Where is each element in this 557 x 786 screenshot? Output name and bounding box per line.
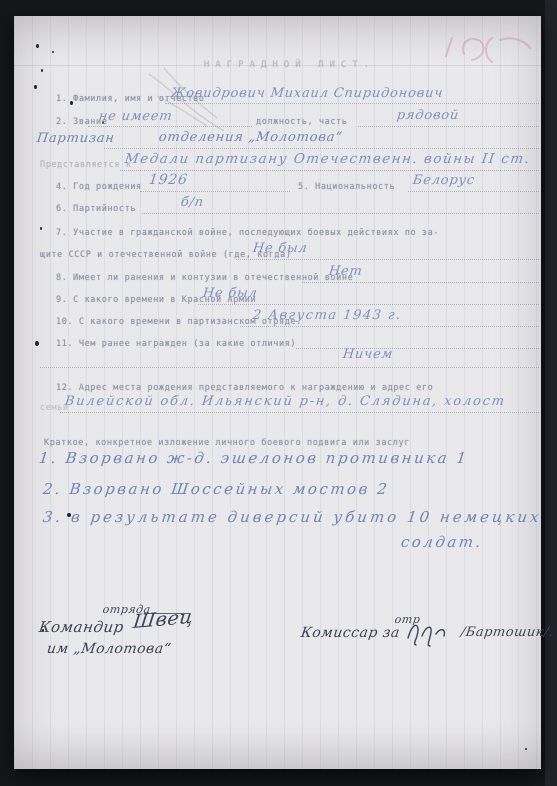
field-value-wounds: Нет xyxy=(328,265,363,278)
field-row-otryad: 10. С какого времени в партизанском отря… xyxy=(40,315,539,333)
field-row-address-2: семьи Вилейской обл. Ильянский р-н, д. С… xyxy=(40,400,539,418)
feat-item-1: 1. Взорвано ж-д. эшелонов противника 1 xyxy=(38,451,469,466)
field-label-war-1: 7. Участие в гражданской войне, последую… xyxy=(56,229,439,238)
field-value-prev-awards: Ничем xyxy=(342,348,394,361)
field-row-birth: 4. Год рождения 1926 5. Национальность Б… xyxy=(40,180,539,198)
field-label-prev-awards: 11. Чем ранее награжден (за какие отличи… xyxy=(56,340,296,349)
ink-speck xyxy=(34,85,37,89)
field-value-party: б/п xyxy=(180,196,205,209)
feat-item-row: 3. в результате диверсий убито 10 немецк… xyxy=(40,512,539,530)
document-title: НАГРАДНОЙ ЛИСТ. xyxy=(40,60,539,70)
field-value-name: Жовидрович Михаил Спиридонович xyxy=(170,87,444,100)
ink-speck xyxy=(35,341,39,346)
ink-speck xyxy=(36,44,39,48)
scan-background-strip xyxy=(545,0,557,786)
commander-signature: Швец xyxy=(132,608,194,632)
field-row-wounds: 8. Имеет ли ранения и контузии в отечест… xyxy=(40,271,539,289)
field-value-position: рядовой xyxy=(396,109,460,122)
field-value-partisan: Партизан xyxy=(36,132,116,145)
feat-item-3: 3. в результате диверсий убито 10 немецк… xyxy=(42,510,542,525)
feat-item-3-cont: солдат. xyxy=(400,535,484,550)
field-value-rank: не имеет xyxy=(98,110,173,123)
signature-role-commissar: Комиссар за xyxy=(300,626,401,640)
field-label-position: должность, часть xyxy=(256,118,347,127)
field-value-redarmy: Не был xyxy=(202,287,258,300)
field-row-name: 1. Фамилия, имя и отчество Жовидрович Ми… xyxy=(40,92,539,110)
signature-role-commander: Командир xyxy=(38,620,125,635)
feat-item-row: 2. Взорвано Шоссейных мостов 2 xyxy=(40,484,539,502)
feat-item-row: 1. Взорвано ж-д. эшелонов противника 1 xyxy=(40,453,539,471)
commissar-signature-name: /Бартошик/. xyxy=(460,626,554,639)
field-value-birthyear: 1926 xyxy=(148,173,189,187)
field-label-address-1: 12. Адрес места рождения представляемого… xyxy=(56,384,433,393)
field-row-prev-awards-value: Ничем xyxy=(40,355,539,373)
field-row-war-2: щите СССР и отечественной войне (где, ко… xyxy=(40,248,539,266)
field-value-award: Медали партизану Отечественн. войны II с… xyxy=(124,153,531,167)
field-label-party: 6. Партийность xyxy=(56,205,136,214)
field-row-prev-awards: 11. Чем ранее награжден (за какие отличи… xyxy=(40,337,539,355)
feats-heading: Краткое, конкретное изложение личного бо… xyxy=(44,439,410,448)
field-value-nationality: Белорус xyxy=(412,174,476,187)
signature-unit-molotova: им „Молотова“ xyxy=(46,642,172,656)
commissar-signature-squiggle xyxy=(402,616,458,648)
field-value-unit: отделения „Молотова“ xyxy=(158,131,343,144)
field-value-address: Вилейской обл. Ильянский р-н, д. Слядина… xyxy=(64,395,507,408)
field-label-wounds: 8. Имеет ли ранения и контузии в отечест… xyxy=(56,274,353,283)
signature-block-commissar: Комиссар за отр /Бартошик/. xyxy=(300,614,539,664)
field-value-war: Не был xyxy=(252,242,308,255)
field-value-otryad: 2 Августа 1943 г. xyxy=(252,309,402,322)
field-label-award: Представляется к xyxy=(40,161,131,170)
field-row-party: 6. Партийность б/п xyxy=(40,202,539,220)
field-label-nationality: 5. Национальность xyxy=(298,183,395,192)
feat-item-row: солдат. xyxy=(40,537,539,555)
ink-speck xyxy=(525,748,527,750)
ink-speck xyxy=(52,51,54,53)
feat-item-2: 2. Взорвано Шоссейных мостов 2 xyxy=(42,482,390,497)
award-sheet-document: НАГРАДНОЙ ЛИСТ. 1. Фамилия, имя и отчест… xyxy=(14,16,541,769)
field-label-birthyear: 4. Год рождения xyxy=(56,183,142,192)
